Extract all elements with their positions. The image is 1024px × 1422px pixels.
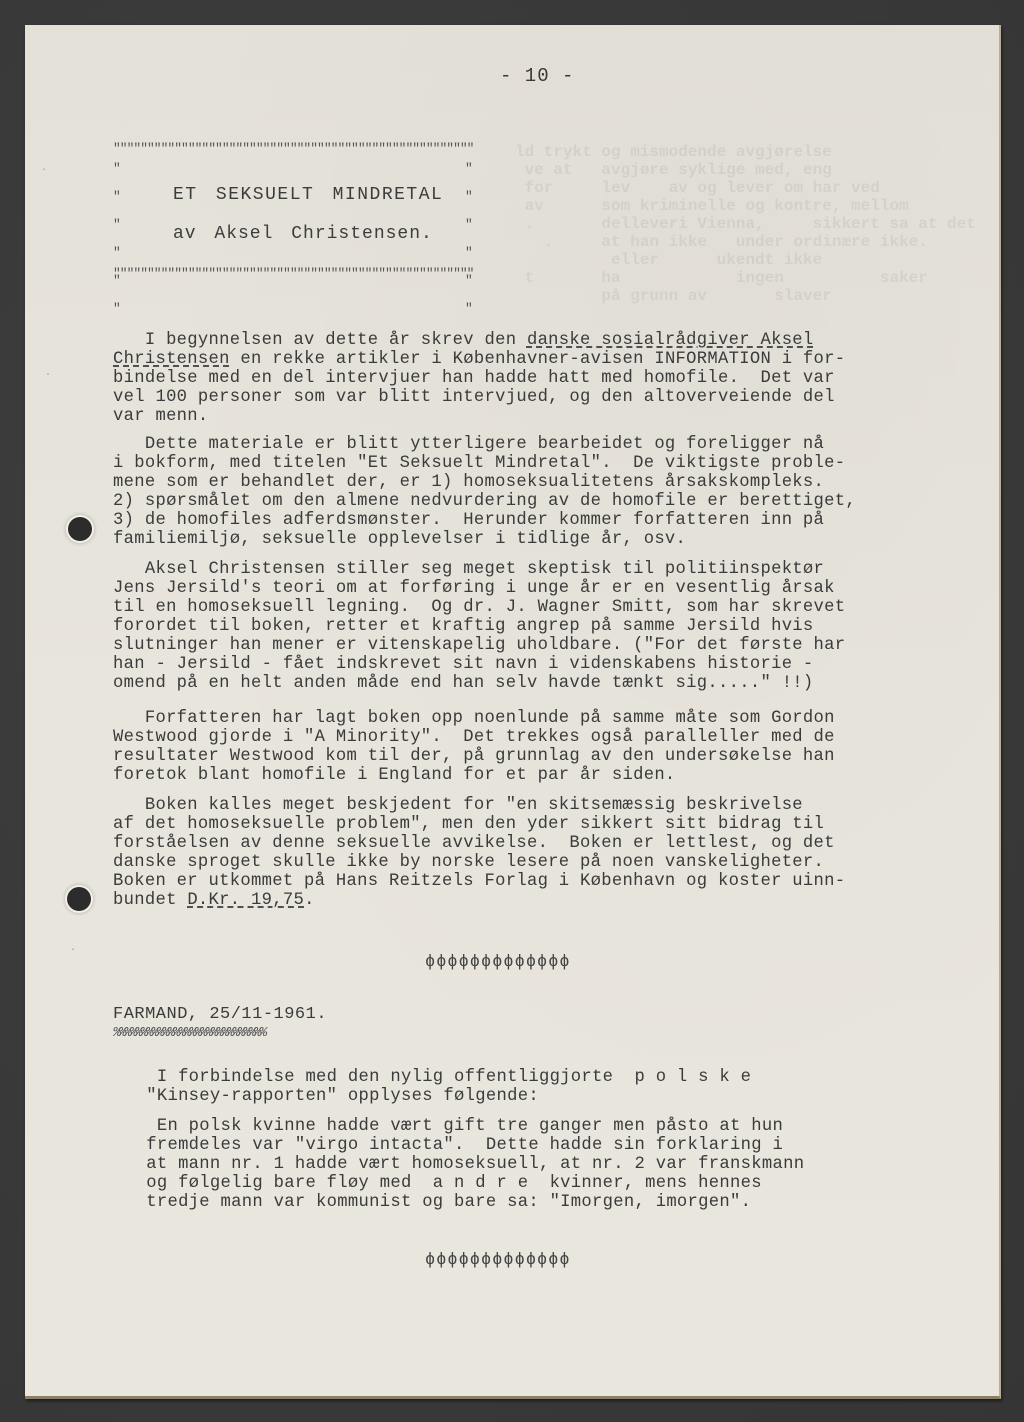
para5-line6-a: bundet <box>113 891 187 910</box>
para1-line2-rest: en rekke artikler i Københavner-avisen I… <box>230 350 846 369</box>
title-box: """"""""""""""""""""""""""""""""""""""""… <box>113 140 473 280</box>
paper-speck: · <box>70 945 76 956</box>
para5-line5: Boken er utkommet på Hans Reitzels Forla… <box>113 872 845 891</box>
punch-hole-bottom <box>67 887 91 911</box>
box-border-top: """"""""""""""""""""""""""""""""""""""""… <box>113 142 473 156</box>
para2-line3: mene som er behandlet der, er 1) homosek… <box>113 473 824 492</box>
paragraph-5: Boken kalles meget beskjedent for "en sk… <box>113 796 845 910</box>
paragraph-1: I begynnelsen av dette år skrev den dans… <box>113 331 845 426</box>
paragraph-4: Forfatteren har lagt boken opp noenlunde… <box>113 709 835 785</box>
para5-line3: forståelsen av denne seksuelle avvikelse… <box>113 834 835 853</box>
show-through-text: ld trykt og mismodende avgjørelse ve at … <box>515 143 976 305</box>
a2p2-line5: tredje mann var kommunist og bare sa: "I… <box>125 1193 751 1212</box>
source-heading: FARMAND, 25/11-1961. <box>113 1005 327 1024</box>
article-title: ET SEKSUELT MINDRETAL <box>173 185 443 205</box>
para3-line3: til en homoseksuell legning. Og dr. J. W… <box>113 598 845 617</box>
para5-period: . <box>304 891 315 910</box>
underlined-name-cont: Christensen <box>113 350 230 369</box>
underlined-name: danske sosialrådgiver Aksel <box>527 331 814 350</box>
paragraph-3: Aksel Christensen stiller seg meget skep… <box>113 560 845 693</box>
para1-line5: var menn. <box>113 407 209 426</box>
para3-line4: forordet til boken, retter et kraftig an… <box>113 617 814 636</box>
a2p1-line1: I forbindelse med den nylig offentliggjo… <box>125 1068 751 1087</box>
para5-line2: af det homoseksuelle problem", men den y… <box>113 815 824 834</box>
para3-line5: slutninger han mener er vitenskapelig uh… <box>113 636 845 655</box>
para1-line1-a: I begynnelsen av dette år skrev den <box>113 331 527 350</box>
paragraph-2: Dette materiale er blitt ytterligere bea… <box>113 435 856 549</box>
para2-line2: i bokform, med titelen "Et Seksuelt Mind… <box>113 454 845 473</box>
punch-hole-top <box>68 517 92 541</box>
section-divider-1: ɸɸɸɸɸɸɸɸɸɸɸɸɸ <box>425 953 571 972</box>
paper-speck: · <box>41 165 47 176</box>
document-page: ld trykt og mismodende avgjørelse ve at … <box>25 25 1001 1399</box>
para3-line7: omend på en helt anden måde end han selv… <box>113 674 814 693</box>
para3-line2: Jens Jersild's teori om at forføring i u… <box>113 579 835 598</box>
para4-line2: Westwood gjorde i "A Minority". Det trek… <box>113 728 835 747</box>
para5-line4: danske sproget skulle ikke by norske les… <box>113 853 824 872</box>
box-border-left: """""" <box>113 162 121 316</box>
para2-line4: 2) spørsmålet om den almene nedvurdering… <box>113 492 856 511</box>
para1-line4: vel 100 personer som var blitt intervjue… <box>113 388 835 407</box>
source-underline: %%%%%%%%%%%%%%%%%%%%%%%%%%%% <box>113 1025 264 1041</box>
price-underlined: D.Kr. 19,75 <box>187 891 304 910</box>
para2-line1: Dette materiale er blitt ytterligere bea… <box>113 435 824 454</box>
box-border-right: """""" <box>465 162 473 316</box>
para4-line1: Forfatteren har lagt boken opp noenlunde… <box>113 709 835 728</box>
para2-line6: familiemiljø, seksuelle opplevelser i ti… <box>113 530 686 549</box>
a2p2-line1: En polsk kvinne hadde vært gift tre gang… <box>125 1117 783 1136</box>
box-border-bottom: """"""""""""""""""""""""""""""""""""""""… <box>113 267 473 281</box>
article2-paragraph-1: I forbindelse med den nylig offentliggjo… <box>125 1068 751 1106</box>
para2-line5: 3) de homofiles adferdsmønster. Herunder… <box>113 511 824 530</box>
para4-line4: foretok blant homofile i England for et … <box>113 766 676 785</box>
section-divider-2: ɸɸɸɸɸɸɸɸɸɸɸɸɸ <box>425 1251 571 1270</box>
para1-line3: bindelse med en del intervjuer han hadde… <box>113 369 835 388</box>
page-number: - 10 - <box>500 65 574 87</box>
a2p1-line2: "Kinsey-rapporten" opplyses følgende: <box>125 1087 539 1106</box>
article2-paragraph-2: En polsk kvinne hadde vært gift tre gang… <box>125 1117 804 1212</box>
para3-line6: han - Jersild - fået indskrevet sit navn… <box>113 655 814 674</box>
a2p2-line2: fremdeles var "virgo intacta". Dette had… <box>125 1136 783 1155</box>
para3-line1: Aksel Christensen stiller seg meget skep… <box>113 560 824 579</box>
para4-line3: resultater Westwood kom til der, på grun… <box>113 747 835 766</box>
article-byline: av Aksel Christensen. <box>173 224 433 244</box>
a2p2-line3: at mann nr. 1 hadde vært homoseksuell, a… <box>125 1155 804 1174</box>
a2p2-line4: og følgelig bare fløy med a n d r e kvin… <box>125 1174 762 1193</box>
paper-speck: · <box>45 370 51 381</box>
para5-line1: Boken kalles meget beskjedent for "en sk… <box>113 796 803 815</box>
